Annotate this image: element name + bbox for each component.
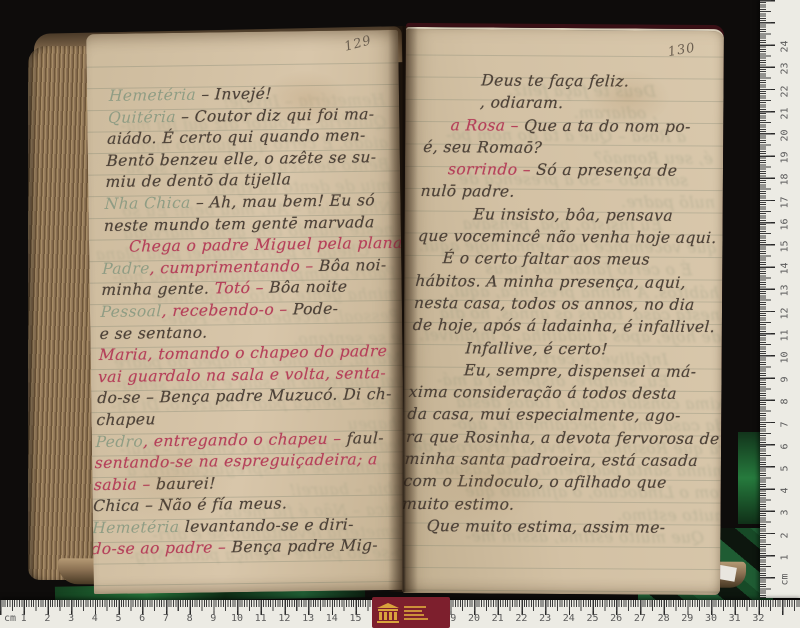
handwriting-segment: Quitéria [108,108,177,127]
handwriting-segment: Nha Chica [104,194,191,213]
handwriting-segment: nesta casa, todos os annos, no dia [414,294,696,314]
ruler-label: 1 [14,613,34,624]
book-gutter-shadow [388,26,418,592]
handwriting-segment: da casa, mui especialmente, ago- [407,405,681,425]
handwriting-segment: Eu, sempre, dispensei a má- [464,361,697,381]
handwriting-segment: baurei! [156,474,216,493]
ruler-label: 6 [132,613,152,624]
ruler-label: 19 [780,147,791,169]
handwriting-segment: que vocemincê não venha hoje aqui. [417,227,717,247]
handwriting-line: xima consideração á todos desta [408,381,715,405]
right-page-number: 130 [667,41,697,60]
handwriting-segment: Só a presença de [530,161,677,180]
ruler-label: 21 [780,102,791,124]
ruler-label: 8 [180,613,200,624]
ruler-label: 26 [606,613,626,624]
handwriting-segment: , recebendo-o – [161,300,288,320]
handwriting-segment: aiádo. É certo qui quando men- [107,126,366,148]
handwriting-line: Eu, sempre, dispensei a má- [409,359,716,383]
ruler-label: 12 [274,613,294,624]
vertical-ruler: cm12345678910111213141516171819202122232… [760,0,800,598]
ruler-label: 9 [780,369,791,391]
handwriting-segment: do-se – Bença padre Muzucó. Di ch- [97,385,392,407]
ruler-label: 1 [780,546,791,568]
ruler-label: 25 [583,613,603,624]
handwriting-segment: – Invejé! [196,85,273,104]
handwriting-line: hábitos. A minha presença, aqui, [415,270,722,294]
handwriting-segment: Bença padre Mig- [231,537,378,557]
handwriting-segment: ra que Rosinha, a devota fervorosa de [406,428,721,448]
handwriting-segment: Que a ta do nom po- [518,116,691,135]
handwriting-segment: Bôa noi- [313,256,387,275]
handwriting-segment: do-se ao padre – [91,539,232,559]
handwriting-segment: Infallive, é certo! [465,339,609,358]
ruler-label: 4 [780,480,791,502]
ruler-label: 7 [780,413,791,435]
ruler-label: 30 [701,613,721,624]
ruler-label: 20 [464,613,484,624]
left-page-handwriting: Hemetéria – Invejé!Quitéria – Coutor diz… [91,82,406,562]
handwriting-segment: Hemetéria [92,518,180,537]
left-page-number: 129 [343,33,374,55]
handwriting-line: de hoje, após á ladainha, é infallivel. [412,314,719,338]
handwriting-segment: com o Lindoculo, o afilhado que [403,472,667,492]
page-stack-fore-edge [28,46,96,580]
handwriting-segment: Maria, tomando o chapeo do padre [99,342,388,364]
handwriting-segment: – Ah, mau bem! Eu só [190,191,375,212]
ruler-label: 2 [37,613,57,624]
handwriting-line: nesta casa, todos os annos, no dia [413,292,720,316]
handwriting-segment: é, seu Romaō? [423,138,543,157]
handwriting-line: sentando-se na espreguiçadeira; a [94,449,395,475]
open-manuscript-book: 129 Hemetéria – Invejé!Quitéria – Coutor… [28,12,750,592]
building-icon [376,602,400,624]
ruler-label: 5 [109,613,129,624]
ruler-label: 29 [677,613,697,624]
ruler-label: 4 [85,613,105,624]
handwriting-line: do-se ao padre – Bença padre Mig- [91,535,392,561]
handwriting-segment: sorrindo – [447,160,531,179]
ruler-label: 3 [61,613,81,624]
ruler-label: 10 [780,347,791,369]
ruler-label: 20 [780,125,791,147]
ruler-label: 6 [780,435,791,457]
handwriting-segment: , entregando o chapeu – [143,429,347,450]
ruler-label: 7 [156,613,176,624]
ruler-label: 14 [780,258,791,280]
handwriting-line: Infallive, é certo! [411,337,718,361]
handwriting-segment: Pode- [287,300,338,319]
handwriting-line: , odiaram. [425,91,724,115]
handwriting-segment: Padre [102,259,150,278]
handwriting-segment: levantando-se e diri- [179,515,354,535]
handwriting-line: do-se – Bença padre Muzucó. Di ch- [97,384,398,410]
ruler-label: 24 [559,613,579,624]
handwriting-line: nulō padre. [420,180,724,204]
logo-text-lines [404,606,428,620]
ruler-label: 27 [630,613,650,624]
handwriting-segment: , odiaram. [479,94,564,113]
ruler-label: 14 [322,613,342,624]
left-page: 129 Hemetéria – Invejé!Quitéria – Coutor… [86,30,406,594]
handwriting-segment: xima consideração á todos desta [408,383,677,403]
handwriting-segment: Bôa noite [263,278,347,297]
handwriting-segment: Pedro [95,432,143,451]
ruler-label: 21 [488,613,508,624]
ruler-label: 32 [748,613,768,624]
ruler-label: 28 [654,613,674,624]
ruler-label: 23 [780,58,791,80]
handwriting-segment: miu de dentō da tijella [105,171,291,192]
handwriting-segment: Que muito estima, assim me- [426,517,666,537]
handwriting-line: a Rosa – Que a ta do nom po- [424,114,724,138]
handwriting-line: que vocemincê não venha hoje aqui. [417,225,724,249]
ruler-label: 11 [780,324,791,346]
handwriting-segment: faul- [346,429,384,448]
ruler-label: 3 [780,502,791,524]
archive-logo [372,597,450,628]
handwriting-segment: minha gente. [101,280,215,300]
handwriting-segment: nulō padre. [420,182,515,201]
handwriting-segment: Hemetéria [109,86,197,105]
handwriting-line: minha santa padroeira, está casada [404,448,711,472]
ruler-label: 15 [346,613,366,624]
ruler-label: 13 [298,613,318,624]
handwriting-line: da casa, mui especialmente, ago- [407,403,714,427]
handwriting-line: É o certo faltar aos meus [416,247,723,271]
handwriting-segment: muito estimo. [402,495,515,514]
handwriting-segment: Totó – [214,279,264,298]
handwriting-line: Que muito estima, assim me- [402,515,707,539]
handwriting-segment: sabia – [94,475,157,494]
handwriting-line: é, seu Romaō? [423,136,724,160]
handwriting-segment: sentando-se na espreguiçadeira; a [94,450,378,472]
handwriting-line: Eu insisto, bôa, pensava [419,203,724,227]
ruler-label: 23 [535,613,555,624]
handwriting-line: Deus te faça feliz. [427,69,724,93]
handwriting-segment: Chega o padre Miguel pela plana [129,234,403,256]
ruler-label: 2 [780,524,791,546]
ruler-label: 24 [780,36,791,58]
handwriting-segment: Deus te faça feliz. [481,71,630,90]
ruler-label: 13 [780,280,791,302]
handwriting-segment: de hoje, após á ladainha, é infallivel. [412,316,715,336]
ruler-label: 16 [780,213,791,235]
handwriting-segment: a Rosa – [450,116,519,134]
handwriting-segment: e se sentano. [99,323,208,343]
ruler-label: 31 [725,613,745,624]
ruler-label: 10 [227,613,247,624]
ruler-label: cm [780,569,791,591]
ruler-label: 22 [511,613,531,624]
ruler-label: 11 [251,613,271,624]
ruler-label: 12 [780,302,791,324]
ruler-label: 8 [780,391,791,413]
handwriting-segment: minha santa padroeira, está casada [404,450,698,470]
ruler-label: 15 [780,236,791,258]
right-page-handwriting: Deus te faça feliz., odiaram.a Rosa – Qu… [402,69,724,539]
ruler-label: 22 [780,80,791,102]
handwriting-segment: Eu insisto, bôa, pensava [473,205,674,224]
handwriting-segment: Bentō benzeu elle, o azête se su- [106,148,377,170]
handwriting-line: sorrindo – Só a presença de [421,158,724,182]
ruler-label: 18 [780,169,791,191]
ruler-label: 9 [203,613,223,624]
ruler-label: 17 [780,191,791,213]
handwriting-segment: neste mundo tem gentē marvada [104,213,375,235]
handwriting-segment: , cumprimentando – [149,257,314,277]
handwriting-line: muito estimo. [402,493,709,517]
handwriting-segment: chapeu [96,410,156,429]
handwriting-segment: – Coutor diz qui foi ma- [176,105,375,126]
handwriting-line: ra que Rosinha, a devota fervorosa de [405,426,712,450]
handwriting-segment: hábitos. A minha presença, aqui, [415,272,687,292]
right-page: 130 Deus te faça feliz., odiaram.a Rosa … [402,27,724,595]
ruler-label: 5 [780,458,791,480]
handwriting-segment: Chica – Não é fía meus. [93,495,288,516]
handwriting-segment: Pessoal [100,302,162,321]
handwriting-segment: É o certo faltar aos meus [442,250,650,269]
handwriting-line: com o Lindoculo, o afilhado que [403,470,710,494]
handwriting-segment: vai guardalo na sala e volta, senta- [98,364,387,386]
manuscript-photo: 129 Hemetéria – Invejé!Quitéria – Coutor… [0,0,800,628]
